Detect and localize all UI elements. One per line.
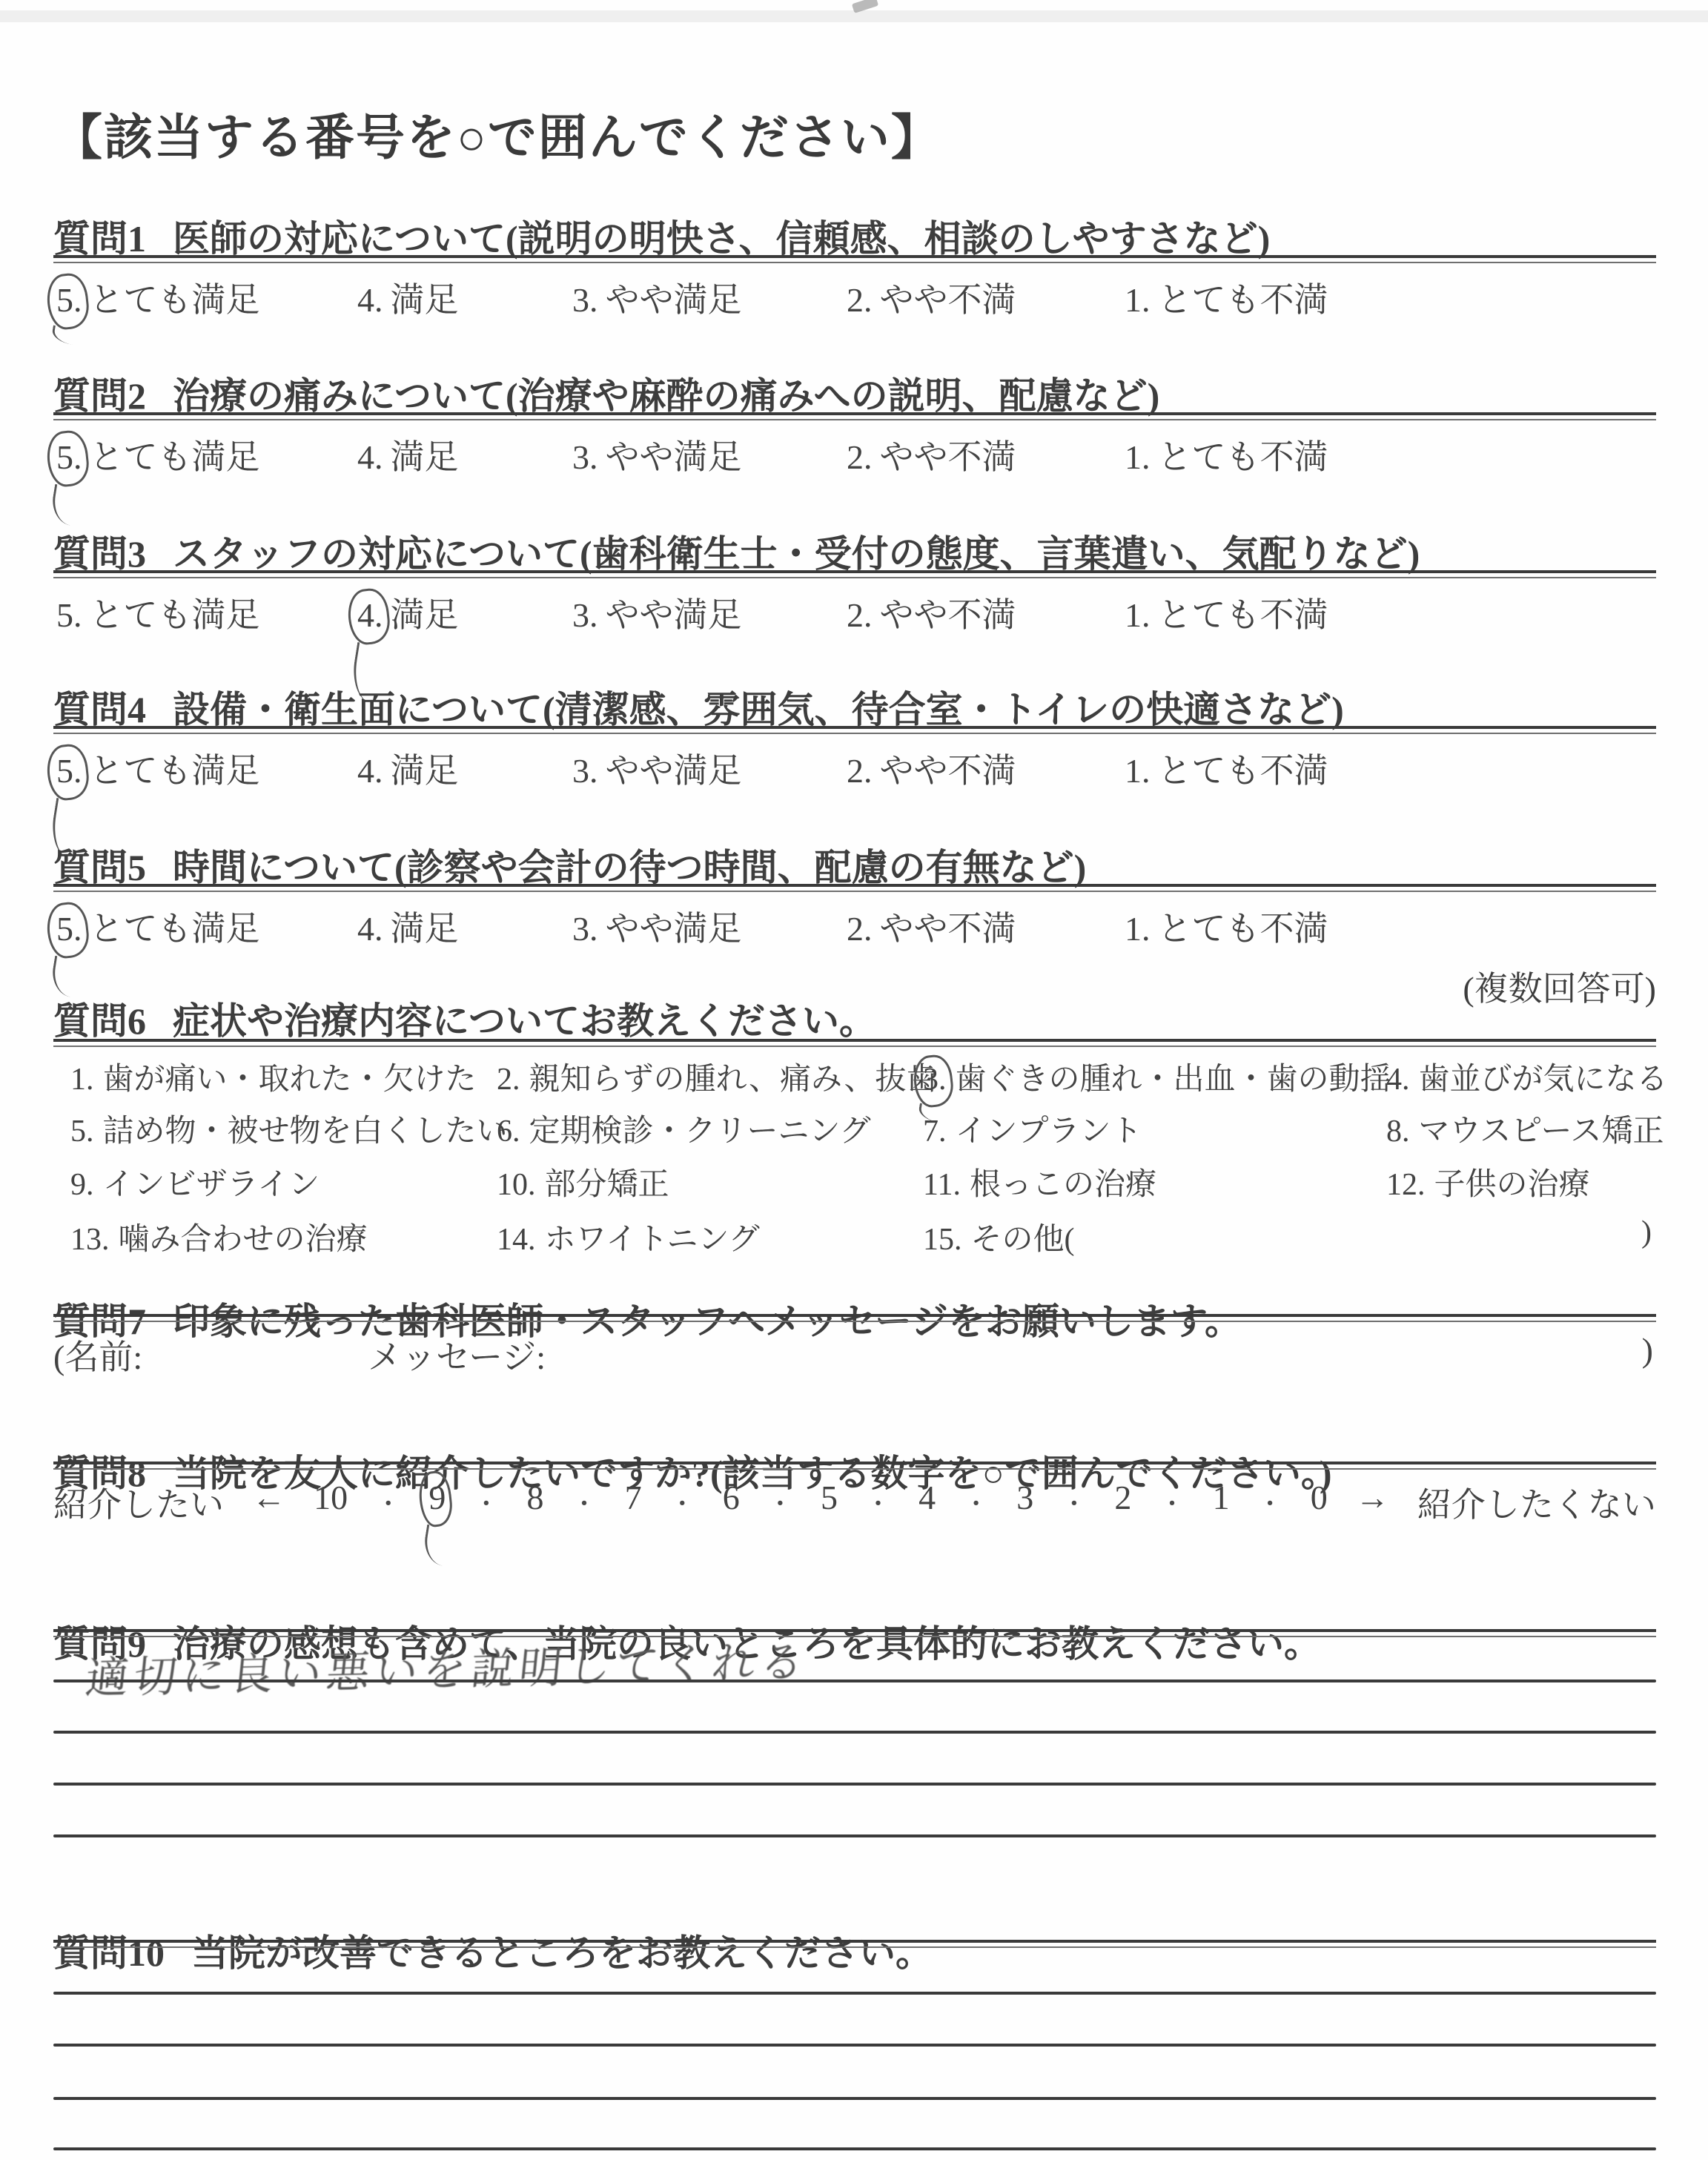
dot-separator: ・ xyxy=(376,1478,401,1520)
question-4-title: 設備・衛生面について(清潔感、雰囲気、待合室・トイレの快適さなど) xyxy=(173,689,1344,730)
nps-scale-row: 紹介したい ← 10 ・ 9 ・ 8 ・ 7 ・ 6 ・ 5 ・ 4 ・ 3 ・… xyxy=(53,1478,1656,1527)
nps-right-label: 紹介したくない xyxy=(1417,1478,1656,1527)
option-label: 満足 xyxy=(391,438,459,476)
q6-item-8: マウスピース矯正 xyxy=(1419,1114,1664,1149)
divider xyxy=(53,1039,1656,1047)
nps-number-6: 6 xyxy=(723,1478,740,1517)
option-label: やや満足 xyxy=(606,752,742,790)
answer-line xyxy=(53,1680,1656,1682)
q6-item-5: 詰め物・被せ物を白くしたい xyxy=(103,1114,508,1149)
circled-answer: 4. xyxy=(357,595,383,635)
nps-left-label: 紹介したい xyxy=(53,1478,224,1527)
question-3-options: 5.とても満足 4.満足 3.やや満足 2.やや不満 1.とても不満 xyxy=(53,588,1656,635)
arrow-left-icon: ← xyxy=(252,1478,286,1517)
question-5-options: 5.とても満足 4.満足 3.やや満足 2.やや不満 1.とても不満 xyxy=(53,902,1656,949)
q6-item-9: インビザライン xyxy=(103,1168,320,1202)
q6-item-11: 根っこの治療 xyxy=(970,1168,1156,1202)
name-label: (名前: xyxy=(53,1330,142,1379)
question-2-options: 5.とても満足 4.満足 3.やや満足 2.やや不満 1.とても不満 xyxy=(53,430,1656,478)
option-label: やや不満 xyxy=(880,910,1016,948)
divider xyxy=(53,1462,1656,1470)
dot-separator: ・ xyxy=(767,1478,792,1520)
answer-line xyxy=(53,1834,1656,1837)
option-label: とても不満 xyxy=(1158,910,1328,948)
question-1-options: 5.とても満足 4.満足 3.やや満足 2.やや不満 1.とても不満 xyxy=(53,273,1656,320)
page-title: 【該当する番号を○で囲んでください】 xyxy=(53,98,941,168)
option-label: とても不満 xyxy=(1158,281,1328,319)
q6-item-12: 子供の治療 xyxy=(1434,1168,1590,1202)
option-label: やや不満 xyxy=(880,596,1016,634)
q6-other-close-paren: ) xyxy=(1641,1215,1652,1250)
circled-answer: 3. xyxy=(923,1062,947,1097)
question-5-id: 質問5 xyxy=(53,847,146,888)
option-label: やや不満 xyxy=(880,281,1016,319)
divider xyxy=(53,884,1656,892)
question-6-title: 症状や治療内容についてお教えください。 xyxy=(173,1000,876,1042)
dot-separator: ・ xyxy=(866,1478,891,1520)
option-label: とても満足 xyxy=(90,596,260,634)
circled-answer: 5. xyxy=(56,437,82,477)
q6-item-1: 歯が痛い・取れた・欠けた xyxy=(103,1063,477,1097)
q6-item-4: 歯並びが気になる xyxy=(1419,1063,1668,1097)
answer-line xyxy=(53,2097,1656,2100)
q6-item-2: 親知らずの腫れ、痛み、抜歯 xyxy=(529,1063,938,1097)
divider xyxy=(53,726,1656,734)
divider xyxy=(53,255,1656,263)
nps-number-3: 3 xyxy=(1016,1478,1033,1517)
circled-answer: 5. xyxy=(56,909,82,948)
divider xyxy=(53,1629,1656,1637)
arrow-right-icon: → xyxy=(1355,1478,1389,1517)
message-label: メッセージ: xyxy=(368,1330,546,1379)
dot-separator: ・ xyxy=(474,1478,499,1520)
option-label: 満足 xyxy=(391,752,459,790)
question-1-id: 質問1 xyxy=(53,218,146,260)
answer-line xyxy=(53,2147,1656,2150)
dot-separator: ・ xyxy=(1062,1478,1087,1520)
nps-number-1: 1 xyxy=(1213,1478,1230,1517)
q6-item-7: インプラント xyxy=(956,1114,1142,1149)
question-2-id: 質問2 xyxy=(53,375,146,417)
nps-number-2: 2 xyxy=(1114,1478,1131,1517)
question-4-options: 5.とても満足 4.満足 3.やや満足 2.やや不満 1.とても不満 xyxy=(53,744,1656,791)
question-6-id: 質問6 xyxy=(53,1000,146,1042)
option-label: やや不満 xyxy=(880,752,1016,790)
divider xyxy=(53,1940,1656,1948)
option-label: やや満足 xyxy=(606,596,742,634)
question-6-row-4: 13.噛み合わせの治療 14.ホワイトニング 15.その他( ) xyxy=(53,1215,1656,1255)
answer-line xyxy=(53,1783,1656,1786)
dot-separator: ・ xyxy=(572,1478,597,1520)
multi-answer-note: (複数回答可) xyxy=(1463,962,1656,1011)
option-label: とても満足 xyxy=(90,281,260,319)
option-label: とても満足 xyxy=(90,438,260,476)
circled-answer: 5. xyxy=(56,751,82,790)
dot-separator: ・ xyxy=(1257,1478,1282,1520)
q6-item-6: 定期検診・クリーニング xyxy=(529,1114,871,1149)
nps-number-9: 9 xyxy=(428,1479,446,1516)
question-6-row-2: 5.詰め物・被せ物を白くしたい 6.定期検診・クリーニング 7.インプラント 8… xyxy=(53,1106,1656,1146)
question-2-title: 治療の痛みについて(治療や麻酔の痛みへの説明、配慮など) xyxy=(173,375,1159,417)
option-label: 満足 xyxy=(391,596,459,634)
question-5-title: 時間について(診察や会計の待つ時間、配慮の有無など) xyxy=(173,847,1086,888)
close-paren: ) xyxy=(1642,1330,1653,1370)
circled-answer: 5. xyxy=(56,280,82,320)
question-6-row-1: 1.歯が痛い・取れた・欠けた 2.親知らずの腫れ、痛み、抜歯 3.歯ぐきの腫れ・… xyxy=(53,1054,1656,1094)
dot-separator: ・ xyxy=(669,1478,695,1520)
option-label: とても不満 xyxy=(1158,596,1328,634)
option-label: やや満足 xyxy=(606,281,742,319)
divider xyxy=(53,1314,1656,1322)
option-label: やや満足 xyxy=(606,910,742,948)
option-label: 満足 xyxy=(391,910,459,948)
nps-number-7: 7 xyxy=(625,1478,642,1517)
nps-number-8: 8 xyxy=(526,1478,543,1517)
question-7-answer-row: (名前: メッセージ: ) xyxy=(53,1330,1656,1375)
question-3-title: スタッフの対応について(歯科衛生士・受付の態度、言葉遣い、気配りなど) xyxy=(173,533,1420,575)
nps-number-10: 10 xyxy=(314,1478,348,1517)
option-label: 満足 xyxy=(391,281,459,319)
option-label: とても不満 xyxy=(1158,438,1328,476)
question-6-row-3: 9.インビザライン 10.部分矯正 11.根っこの治療 12.子供の治療 xyxy=(53,1160,1656,1200)
answer-line xyxy=(53,2044,1656,2047)
question-4-id: 質問4 xyxy=(53,689,146,730)
q6-item-14: ホワイトニング xyxy=(545,1223,760,1257)
question-1-title: 医師の対応について(説明の明快さ、信頼感、相談のしやすさなど) xyxy=(173,218,1270,260)
q6-item-13: 噛み合わせの治療 xyxy=(119,1223,368,1257)
option-label: とても満足 xyxy=(90,752,260,790)
answer-line xyxy=(53,1731,1656,1734)
nps-number-4: 4 xyxy=(918,1478,936,1517)
q6-item-3: 歯ぐきの腫れ・出血・歯の動揺 xyxy=(956,1063,1391,1097)
q6-item-15: その他( xyxy=(971,1223,1075,1257)
q6-item-10: 部分矯正 xyxy=(545,1168,669,1202)
nps-number-0: 0 xyxy=(1311,1478,1328,1517)
question-3-id: 質問3 xyxy=(53,533,146,575)
option-label: とても不満 xyxy=(1158,752,1328,790)
divider xyxy=(53,412,1656,420)
question-10-id: 質問10 xyxy=(53,1932,165,1974)
nps-number-5: 5 xyxy=(821,1478,838,1517)
dot-separator: ・ xyxy=(1159,1478,1185,1520)
dot-separator: ・ xyxy=(964,1478,989,1520)
divider xyxy=(53,570,1656,578)
question-10-title: 当院が改善できるところをお教えください。 xyxy=(191,1932,933,1974)
circled-answer: 9 xyxy=(428,1478,446,1517)
option-label: とても満足 xyxy=(90,910,260,948)
answer-line xyxy=(53,1992,1656,1995)
survey-scan-page: 【該当する番号を○で囲んでください】 質問1医師の対応について(説明の明快さ、信… xyxy=(0,0,1708,2160)
option-label: やや不満 xyxy=(880,438,1016,476)
option-label: やや満足 xyxy=(606,438,742,476)
